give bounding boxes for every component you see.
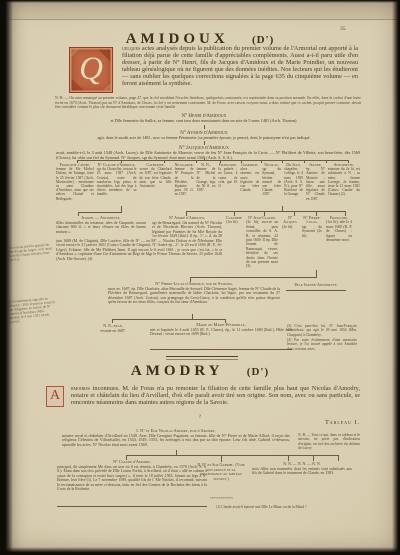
tree-node-nicolas-amodry: I. N° et Egr Nicolas Amodry, puis d'Amod… bbox=[62, 429, 290, 448]
tree-connector-line bbox=[186, 211, 346, 212]
tree-node-claude-amodry: N° Claude d'Amodry, principal, dit simpl… bbox=[57, 460, 207, 492]
tree-node: Gasparde,alors absente, est aussi légata… bbox=[240, 163, 259, 201]
ornamental-initial-a: A bbox=[46, 386, 64, 407]
tree-node: Françoise l'aînée,femme de Me Michel Duf… bbox=[56, 163, 94, 201]
title-text: AMODRY bbox=[131, 363, 224, 379]
photo-dark-edge-left bbox=[0, 0, 13, 555]
tree-connector-line bbox=[78, 212, 122, 213]
tree-node: N° Claude d'Amidoux,sgr du Chastellet, t… bbox=[97, 163, 137, 201]
intro-text: inconnues. M. de Foras n'a pu remonter l… bbox=[71, 385, 360, 406]
ornamental-initial-q: Q bbox=[69, 47, 113, 93]
tree-node: Antoinette,mineure du 2e lit, est substi… bbox=[328, 163, 360, 201]
tree-node: N. N.,femme de N° Michel de la Grange, l… bbox=[197, 163, 216, 201]
intro-lead-word: rmoiries bbox=[71, 385, 90, 392]
tree-node-jeanne-antoinette: Dlle Jeanne-Antoinette. bbox=[284, 282, 348, 287]
tree-node: N° Jean-Claude,(3e lit), avocat au Sénat… bbox=[246, 216, 278, 269]
footnote-4: (4) Par suite évidemment d'une mauvaise … bbox=[287, 338, 357, 351]
entry-jacques-text: avait, semble-t-il, le 3 août 1548 (Arch… bbox=[56, 151, 360, 160]
tree-connector-line bbox=[221, 455, 222, 462]
tree-node-three-daughters: N. N. — N. N. — N. N. trois filles non n… bbox=[252, 462, 352, 476]
tree-connector-line bbox=[288, 455, 289, 461]
entry-henri-text: et Dlle Jeannette du Saillot, sa femme, … bbox=[48, 119, 360, 124]
amidoux-nota-bene: N.-B. — On aura remarqué au premier volu… bbox=[55, 96, 361, 110]
page-top-crease bbox=[0, 0, 400, 20]
tree-node: Nicolarde,femme de N° François de la Flé… bbox=[175, 163, 194, 201]
tree-connector-line bbox=[77, 160, 349, 161]
tree-node: N° Jacques(2e lit). bbox=[282, 216, 298, 269]
rule-line bbox=[286, 290, 346, 291]
tree-connector-line bbox=[126, 455, 338, 456]
tableau-label: Tableau I. bbox=[288, 420, 360, 426]
amodry-intro-paragraph: A rmoiries inconnues. M. de Foras n'a pu… bbox=[46, 385, 360, 407]
tree-connector-line bbox=[190, 277, 317, 278]
generation-row-2-right: Claudine(1er lit). N° Jean-Claude,(3e li… bbox=[226, 216, 356, 269]
tree-node: Nicolas,sgr du Symond, héritier naturel … bbox=[262, 163, 281, 201]
tree-node: Claudine(1er lit). bbox=[226, 216, 242, 269]
rule-line bbox=[57, 506, 207, 507]
tree-node-pierre-lucas: N° Pierre-Lucas d'Amidoux, sgr de Symond… bbox=[108, 282, 280, 305]
tree-node: Françoise,la puînée ; ne laisse, à cause… bbox=[218, 163, 237, 201]
title-suffix: (D') bbox=[247, 366, 269, 378]
tree-node: Catherine,veuve du Chatelard en 1587, es… bbox=[139, 163, 171, 201]
tree-node: Dr Jean,chapelier, s'oblige, le 4 mars 1… bbox=[284, 163, 303, 201]
tree-connector-line bbox=[112, 319, 226, 320]
amidoux-intro-paragraph: Q uelques actes analysés depuis la publi… bbox=[69, 46, 358, 95]
squiggle-decoration: ~~~~~~~~~~ bbox=[197, 497, 245, 502]
generation-row-1: Françoise l'aînée,femme de Me Michel Duf… bbox=[56, 163, 360, 201]
section-title-amodry: AMODRY (D') bbox=[0, 363, 400, 380]
book-page: 35 AMIDOUX (D') Q uelques actes analysés… bbox=[0, 0, 400, 555]
book-page-photo: 35 AMIDOUX (D') Q uelques actes analysés… bbox=[0, 0, 400, 555]
tree-connector-line bbox=[338, 455, 339, 461]
tree-node: Françoise,(1er lit), née le 4 mars 1600 … bbox=[326, 216, 352, 269]
photo-dark-edge-bottom bbox=[0, 547, 400, 555]
photo-dark-edge-top bbox=[0, 0, 400, 3]
footnote-3: (3) C'est peut-être lui, N° Jean-Françoi… bbox=[287, 324, 357, 337]
footnote-1: (1) Claude avait-il épousé une Dlle Le B… bbox=[216, 505, 346, 509]
rule-line bbox=[150, 349, 292, 350]
tree-node-jeanne-antoinette-pair: Jeanne, — Antoinette, filles damoiselles… bbox=[56, 216, 146, 234]
tree-connector-line bbox=[204, 125, 205, 129]
tree-node-nn-fille: N. N., fille, vivante en 1687. bbox=[84, 324, 142, 333]
intro-text: actes analysés depuis la publication du … bbox=[122, 45, 358, 87]
tree-node-marie: Marie ou Marie-Pétronille, née et baptis… bbox=[150, 323, 292, 337]
tree-node-gabriel: II. N° et Sgr Gabriel. (Voir son article… bbox=[197, 463, 245, 482]
amodry-nota-bene: N. B. — Tout ce qui, dans ce tableau et … bbox=[298, 433, 360, 450]
photo-dark-edge-right bbox=[392, 0, 400, 555]
section-divider bbox=[166, 356, 238, 360]
tree-connector-line bbox=[313, 455, 314, 461]
margin-note: Ce nom est parfois appuyé du titre de sg… bbox=[7, 242, 56, 262]
generation-row-2-left: Jeanne, — Antoinette, filles damoiselles… bbox=[56, 216, 222, 261]
tree-node: N° Pierre-Lucas,sgr du Symond (2e lit). bbox=[302, 216, 322, 269]
margin-note: (2) Probablement signalée en mémoire : D… bbox=[7, 296, 57, 325]
tree-connector-line bbox=[112, 319, 113, 323]
tree-node: Jeanne,ép. N° Antoine de Mareste ; laiss… bbox=[306, 163, 325, 201]
